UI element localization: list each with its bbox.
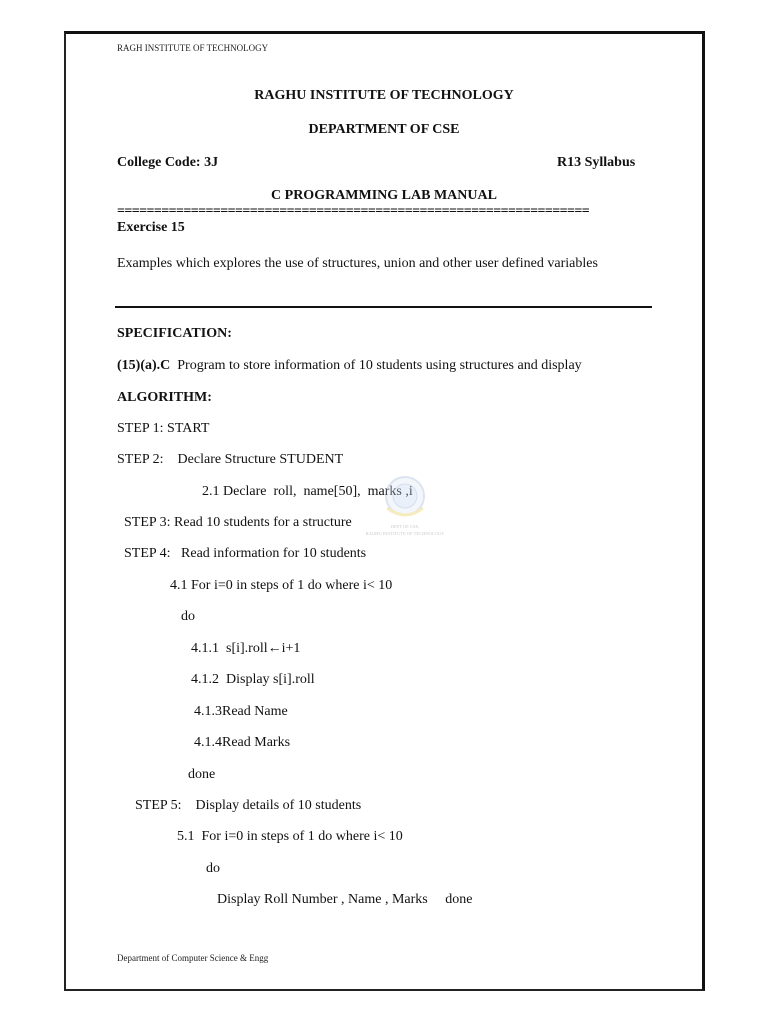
svg-text:RAGHU INSTITUTE OF TECHNOLOGY: RAGHU INSTITUTE OF TECHNOLOGY — [366, 531, 446, 536]
program-id: (15)(a).C — [117, 358, 170, 373]
algorithm-line: 4.1.1 s[i].roll←i+1 — [191, 641, 300, 657]
program-spec: (15)(a).C Program to store information o… — [117, 358, 582, 374]
horizontal-rule — [115, 306, 652, 308]
algorithm-line: 5.1 For i=0 in steps of 1 do where i< 10 — [177, 829, 403, 845]
manual-title: C PROGRAMMING LAB MANUAL — [0, 188, 768, 204]
separator-line: ========================================… — [117, 205, 589, 217]
algorithm-heading: ALGORITHM: — [117, 390, 212, 406]
department-title: DEPARTMENT OF CSE — [0, 122, 768, 138]
running-header: RAGH INSTITUTE OF TECHNOLOGY — [117, 43, 268, 53]
college-code: College Code: 3J — [117, 155, 218, 171]
program-description: Program to store information of 10 stude… — [177, 358, 581, 373]
exercise-description: Examples which explores the use of struc… — [117, 256, 598, 272]
algorithm-line: Display Roll Number , Name , Marks done — [217, 892, 472, 908]
algorithm-line: STEP 2: Declare Structure STUDENT — [117, 452, 343, 468]
algorithm-line: 4.1.2 Display s[i].roll — [191, 672, 315, 688]
algorithm-line: STEP 5: Display details of 10 students — [135, 798, 361, 814]
algorithm-line: STEP 1: START — [117, 421, 209, 437]
running-footer: Department of Computer Science & Engg — [117, 953, 268, 963]
college-logo-watermark: DEPT OF CSE, RAGHU INSTITUTE OF TECHNOLO… — [355, 470, 455, 545]
algorithm-line: do — [181, 609, 195, 625]
algorithm-line: done — [188, 767, 215, 783]
algorithm-line: STEP 3: Read 10 students for a structure — [124, 515, 352, 531]
algorithm-line: 4.1.4Read Marks — [194, 735, 290, 751]
specification-heading: SPECIFICATION: — [117, 326, 232, 342]
algorithm-line: do — [206, 861, 220, 877]
svg-text:DEPT OF CSE,: DEPT OF CSE, — [391, 524, 420, 530]
institute-title: RAGHU INSTITUTE OF TECHNOLOGY — [0, 88, 768, 104]
syllabus-label: R13 Syllabus — [557, 155, 635, 171]
algorithm-line: 4.1 For i=0 in steps of 1 do where i< 10 — [170, 578, 392, 594]
exercise-title: Exercise 15 — [117, 220, 185, 236]
algorithm-line: 4.1.3Read Name — [194, 704, 288, 720]
algorithm-line: STEP 4: Read information for 10 students — [124, 546, 366, 562]
